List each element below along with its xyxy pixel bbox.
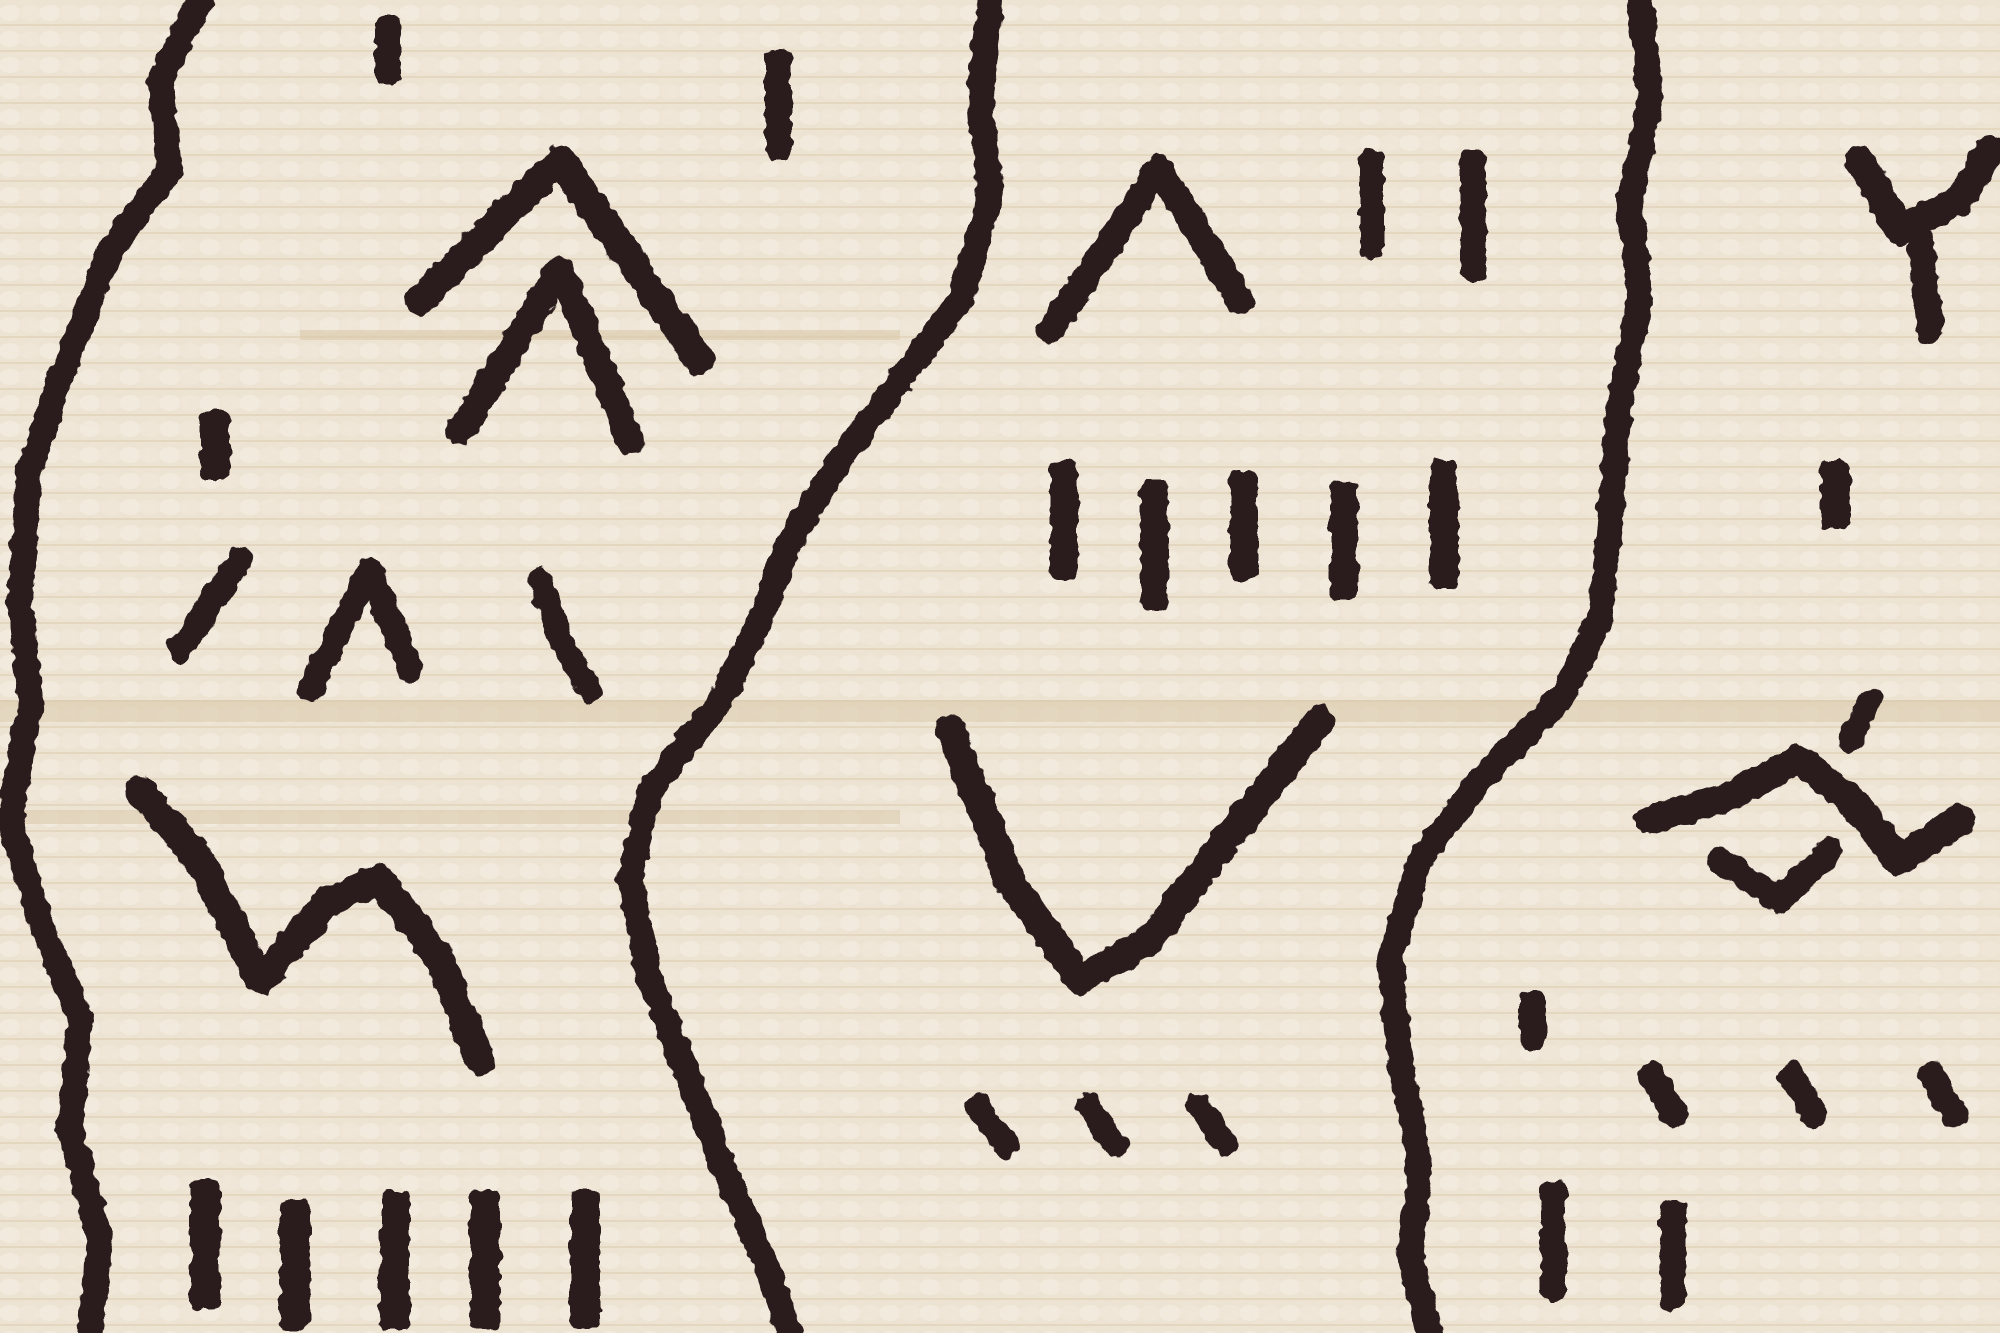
rug-photo: Close-up photograph of a hand-knotted cr… (0, 0, 2000, 1333)
rug-texture-illustration (0, 0, 2000, 1333)
